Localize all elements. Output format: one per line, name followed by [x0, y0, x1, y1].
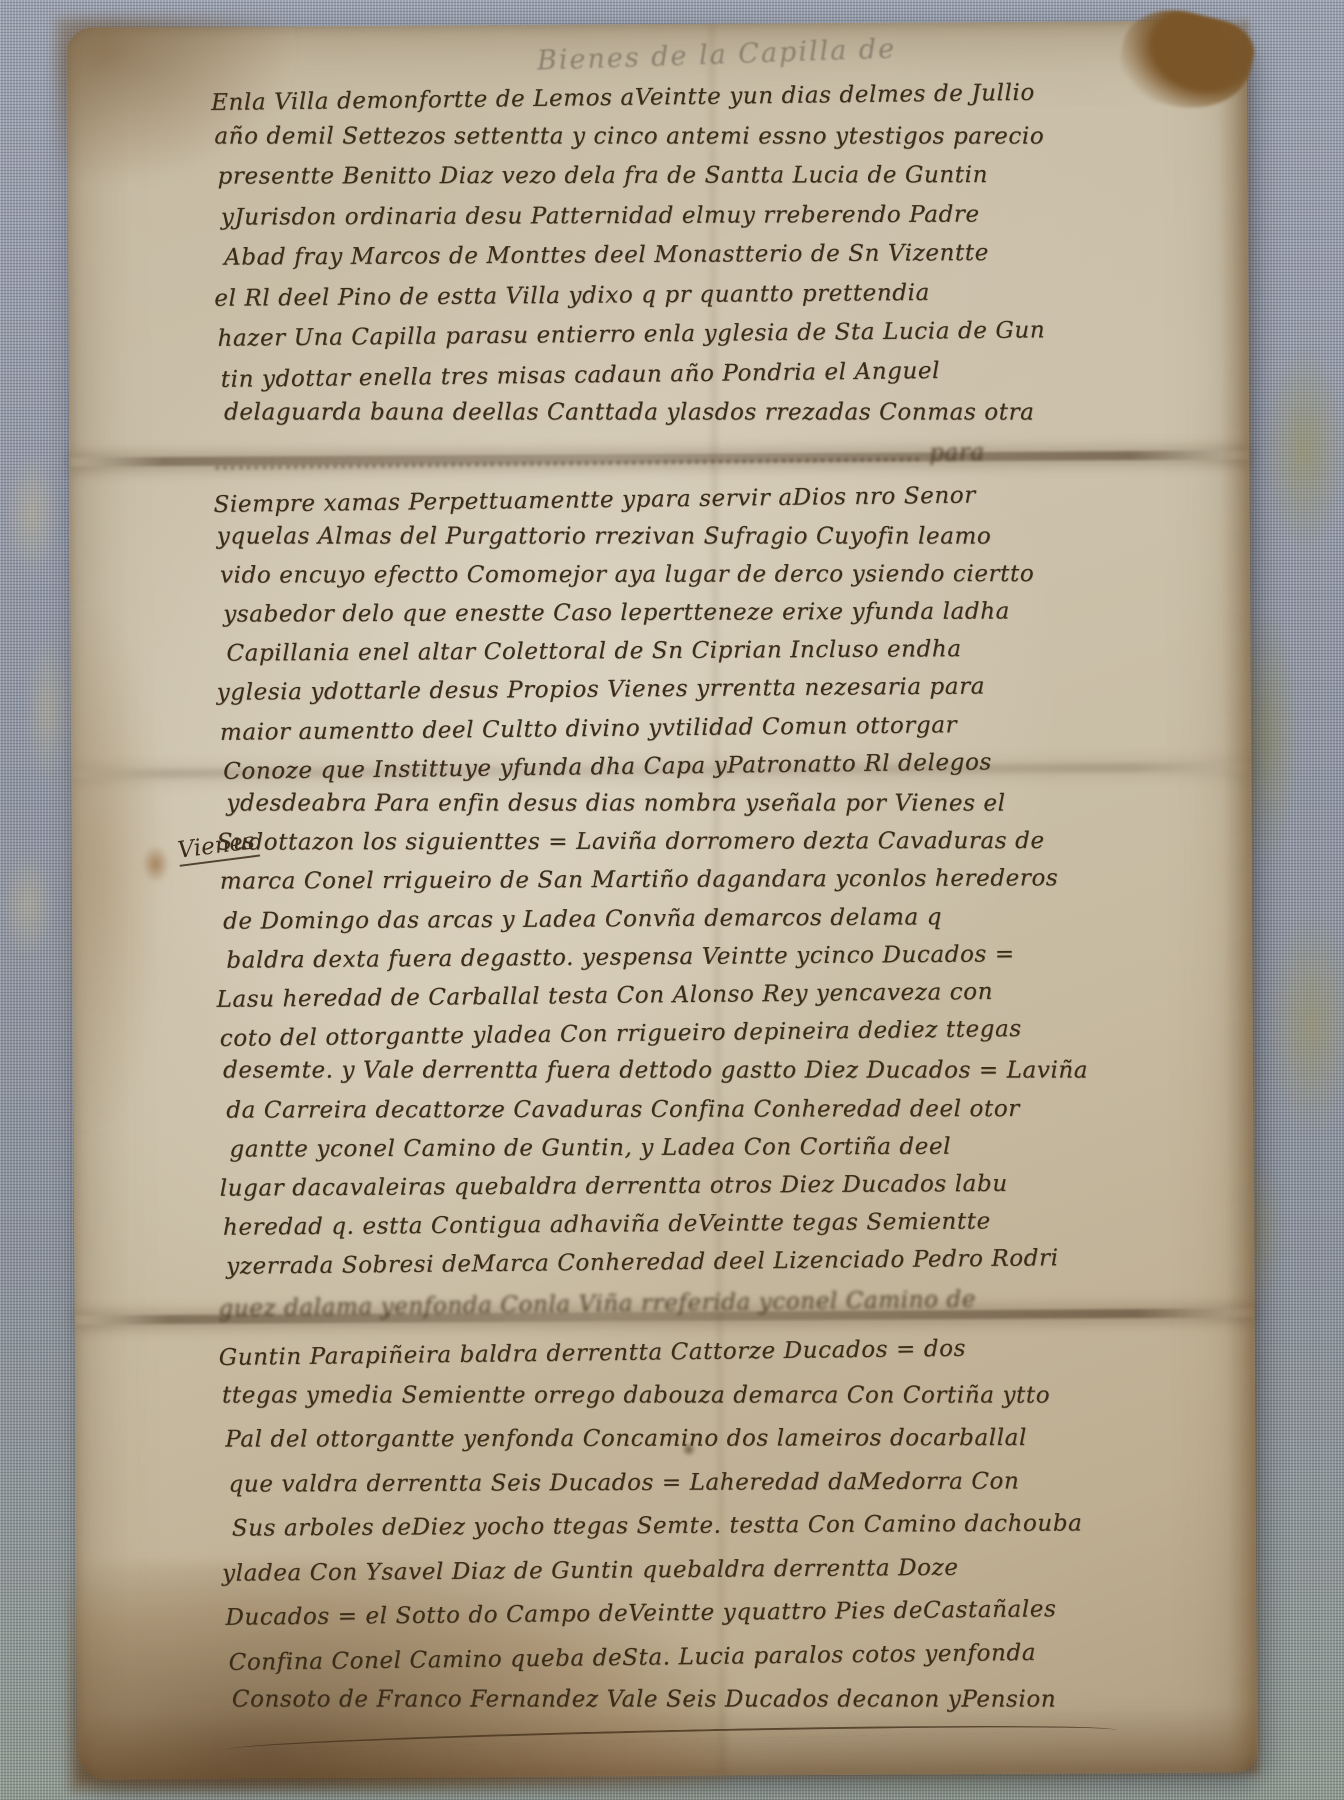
manuscript-line: desemte. y Vale derrentta fuera dettodo … [223, 1052, 1243, 1090]
manuscript-line: ……………………………………………………………………………… para [213, 429, 1233, 482]
manuscript-line: ydesdeabra Para enfin desus dias nombra … [226, 784, 1246, 822]
paragraph-fold-obscured-2: guez dalama yenfonda Conla Viña rreferid… [224, 1280, 1244, 1326]
manuscript-line: vido encuyo efectto Comomejor aya lugar … [220, 554, 1240, 594]
manuscript-line: Consoto de Franco Fernandez Vale Seis Du… [232, 1679, 1252, 1723]
manuscript-line: gantte yconel Camino de Guntin, y Ladea … [229, 1126, 1249, 1168]
manuscript-line: año demil Settezos settentta y cinco ant… [214, 117, 1234, 157]
manuscript-paper-sheet: Bienes de la Capilla de Vienes Enla Vill… [67, 20, 1258, 1779]
paragraph-fold-obscured-1: ……………………………………………………………………………… para [219, 432, 1239, 478]
manuscript-text: Enla Villa demonfortte de Lemos aVeintte… [217, 74, 1247, 1725]
manuscript-line: Sudottazon los siguienttes = Laviña dorr… [217, 822, 1237, 862]
stain-left-middle [70, 607, 163, 1128]
manuscript-line: que valdra derrentta Seis Ducados = Lahe… [228, 1459, 1248, 1507]
paragraph-final: Guntin Parapiñeira baldra derrentta Catt… [225, 1328, 1247, 1726]
manuscript-line: Abad fray Marcos de Monttes deel Monastt… [224, 232, 1244, 278]
manuscript-line: ysabedor delo que enestte Caso lepertten… [223, 592, 1243, 634]
paragraph-main: Siempre xamas Perpettuamentte ypara serv… [219, 476, 1244, 1284]
manuscript-line: Siempre xamas Perpettuamentte ypara serv… [213, 473, 1233, 524]
paragraph-opening: Enla Villa demonfortte de Lemos aVeintte… [217, 74, 1239, 436]
manuscript-line: yJurisdon ordinaria desu Patternidad elm… [221, 194, 1241, 238]
manuscript-line: marca Conel rrigueiro de San Martiño dag… [220, 859, 1240, 901]
manuscript-line: Sus arboles deDiez yocho ttegas Semte. t… [232, 1502, 1252, 1552]
manuscript-line: Pal del ottorgantte yenfonda Concamino d… [225, 1417, 1245, 1462]
manuscript-line: Guntin Parapiñeira baldra derrentta Catt… [219, 1325, 1239, 1381]
photograph-of-manuscript: { "manuscript": { "faint_header": "Biene… [0, 0, 1344, 1800]
manuscript-line: da Carreira decattorze Cavaduras Confina… [226, 1089, 1246, 1129]
rust-spot [142, 845, 170, 883]
faint-pencil-annotation: Bienes de la Capilla de [536, 24, 1177, 77]
manuscript-line: ttegas ymedia Semientte orrego dabouza d… [222, 1374, 1242, 1418]
fabric-pattern-left [0, 430, 80, 990]
manuscript-line: yquelas Almas del Purgattorio rrezivan S… [217, 517, 1237, 555]
manuscript-line: presentte Benitto Diaz vezo dela fra de … [218, 156, 1238, 197]
manuscript-line: delaguarda bauna deellas Canttada ylasdo… [224, 393, 1244, 433]
manuscript-line: guez dalama yenfonda Conla Viña rreferid… [218, 1277, 1238, 1330]
manuscript-line: Enla Villa demonfortte de Lemos aVeintte… [211, 71, 1231, 123]
